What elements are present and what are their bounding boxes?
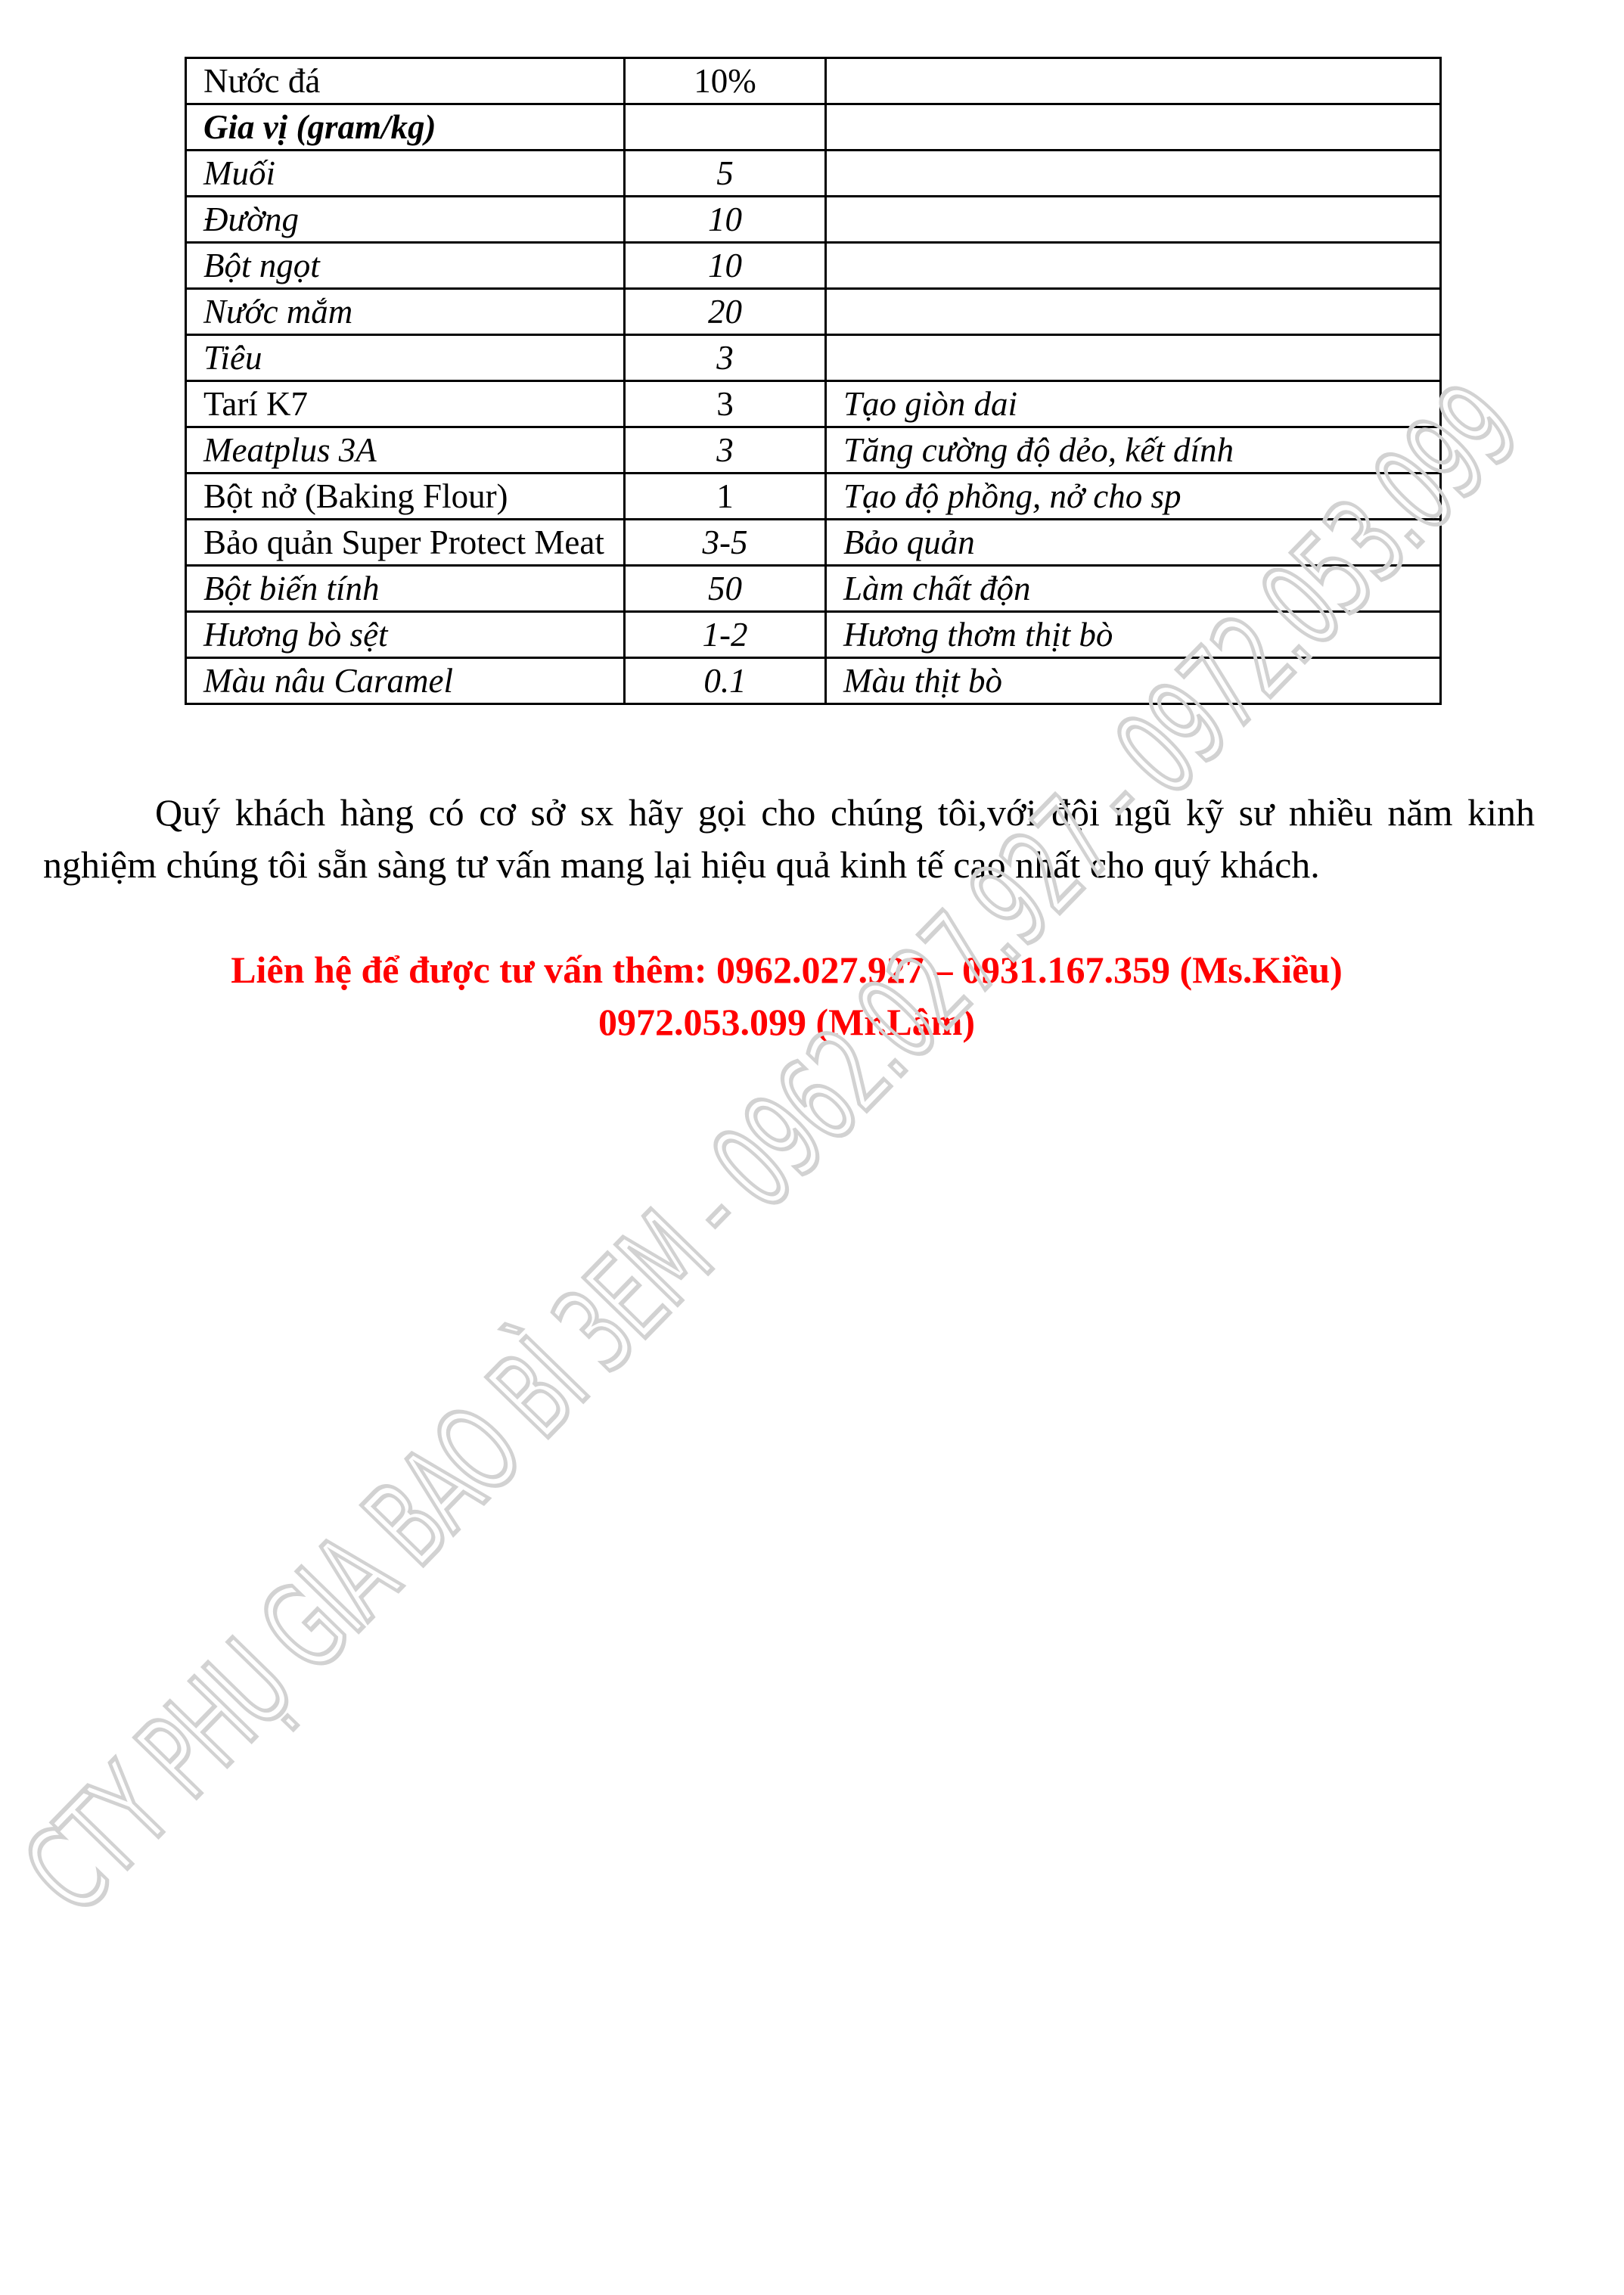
table-row: Đường10: [186, 197, 1441, 243]
ingredient-amount: 1: [625, 474, 826, 520]
ingredient-name: Nước mắm: [186, 289, 625, 335]
ingredient-name: Nước đá: [186, 58, 625, 104]
ingredient-name: Meatplus 3A: [186, 427, 625, 474]
ingredient-amount: 3: [625, 427, 826, 474]
ingredient-note: [826, 289, 1441, 335]
ingredient-note: Tạo giòn dai: [826, 381, 1441, 427]
ingredient-note: [826, 151, 1441, 197]
ingredient-name: Bột nở (Baking Flour): [186, 474, 625, 520]
ingredient-note: Bảo quản: [826, 520, 1441, 566]
consultation-paragraph: Quý khách hàng có cơ sở sx hãy gọi cho c…: [43, 787, 1535, 891]
ingredient-amount: 0.1: [625, 658, 826, 704]
ingredient-amount: 5: [625, 151, 826, 197]
ingredient-name: Gia vị (gram/kg): [186, 104, 625, 151]
ingredient-amount: 10: [625, 243, 826, 289]
ingredient-note: [826, 197, 1441, 243]
ingredient-name: Bột biến tính: [186, 566, 625, 612]
table-row: Tiêu3: [186, 335, 1441, 381]
table-row: Bột biến tính50Làm chất độn: [186, 566, 1441, 612]
ingredient-amount: 3: [625, 381, 826, 427]
table-row: Bột ngọt10: [186, 243, 1441, 289]
ingredient-name: Tarí K7: [186, 381, 625, 427]
ingredient-name: Màu nâu Caramel: [186, 658, 625, 704]
ingredient-amount: 50: [625, 566, 826, 612]
ingredient-amount: 10%: [625, 58, 826, 104]
ingredient-note: Tạo độ phồng, nở cho sp: [826, 474, 1441, 520]
ingredient-name: Đường: [186, 197, 625, 243]
ingredient-note: [826, 243, 1441, 289]
recipe-table: Nước đá10%Gia vị (gram/kg)Muối5Đường10Bộ…: [185, 57, 1442, 705]
table-row: Gia vị (gram/kg): [186, 104, 1441, 151]
table-row: Màu nâu Caramel0.1Màu thịt bò: [186, 658, 1441, 704]
ingredient-name: Muối: [186, 151, 625, 197]
table-row: Meatplus 3A3Tăng cường độ dẻo, kết dính: [186, 427, 1441, 474]
ingredient-note: Làm chất độn: [826, 566, 1441, 612]
ingredient-amount: 3-5: [625, 520, 826, 566]
ingredient-note: Tăng cường độ dẻo, kết dính: [826, 427, 1441, 474]
ingredient-note: [826, 58, 1441, 104]
ingredient-name: Bột ngọt: [186, 243, 625, 289]
ingredient-name: Bảo quản Super Protect Meat: [186, 520, 625, 566]
table-row: Hương bò sệt1-2Hương thơm thịt bò: [186, 612, 1441, 658]
table-row: Bột nở (Baking Flour)1Tạo độ phồng, nở c…: [186, 474, 1441, 520]
ingredient-note: Màu thịt bò: [826, 658, 1441, 704]
contact-line-2: 0972.053.099 (Mr.Lâm): [0, 996, 1573, 1048]
table-row: Bảo quản Super Protect Meat3-5Bảo quản: [186, 520, 1441, 566]
ingredient-amount: 20: [625, 289, 826, 335]
table-row: Muối5: [186, 151, 1441, 197]
ingredient-amount: 10: [625, 197, 826, 243]
table-row: Nước mắm20: [186, 289, 1441, 335]
ingredient-amount: 1-2: [625, 612, 826, 658]
table-row: Nước đá10%: [186, 58, 1441, 104]
ingredient-note: [826, 335, 1441, 381]
ingredient-amount: [625, 104, 826, 151]
ingredient-name: Tiêu: [186, 335, 625, 381]
ingredient-name: Hương bò sệt: [186, 612, 625, 658]
ingredient-amount: 3: [625, 335, 826, 381]
contact-line-1: Liên hệ để được tư vấn thêm: 0962.027.92…: [0, 944, 1573, 996]
ingredient-note: [826, 104, 1441, 151]
ingredient-note: Hương thơm thịt bò: [826, 612, 1441, 658]
table-row: Tarí K73Tạo giòn dai: [186, 381, 1441, 427]
recipe-table-body: Nước đá10%Gia vị (gram/kg)Muối5Đường10Bộ…: [186, 58, 1441, 704]
